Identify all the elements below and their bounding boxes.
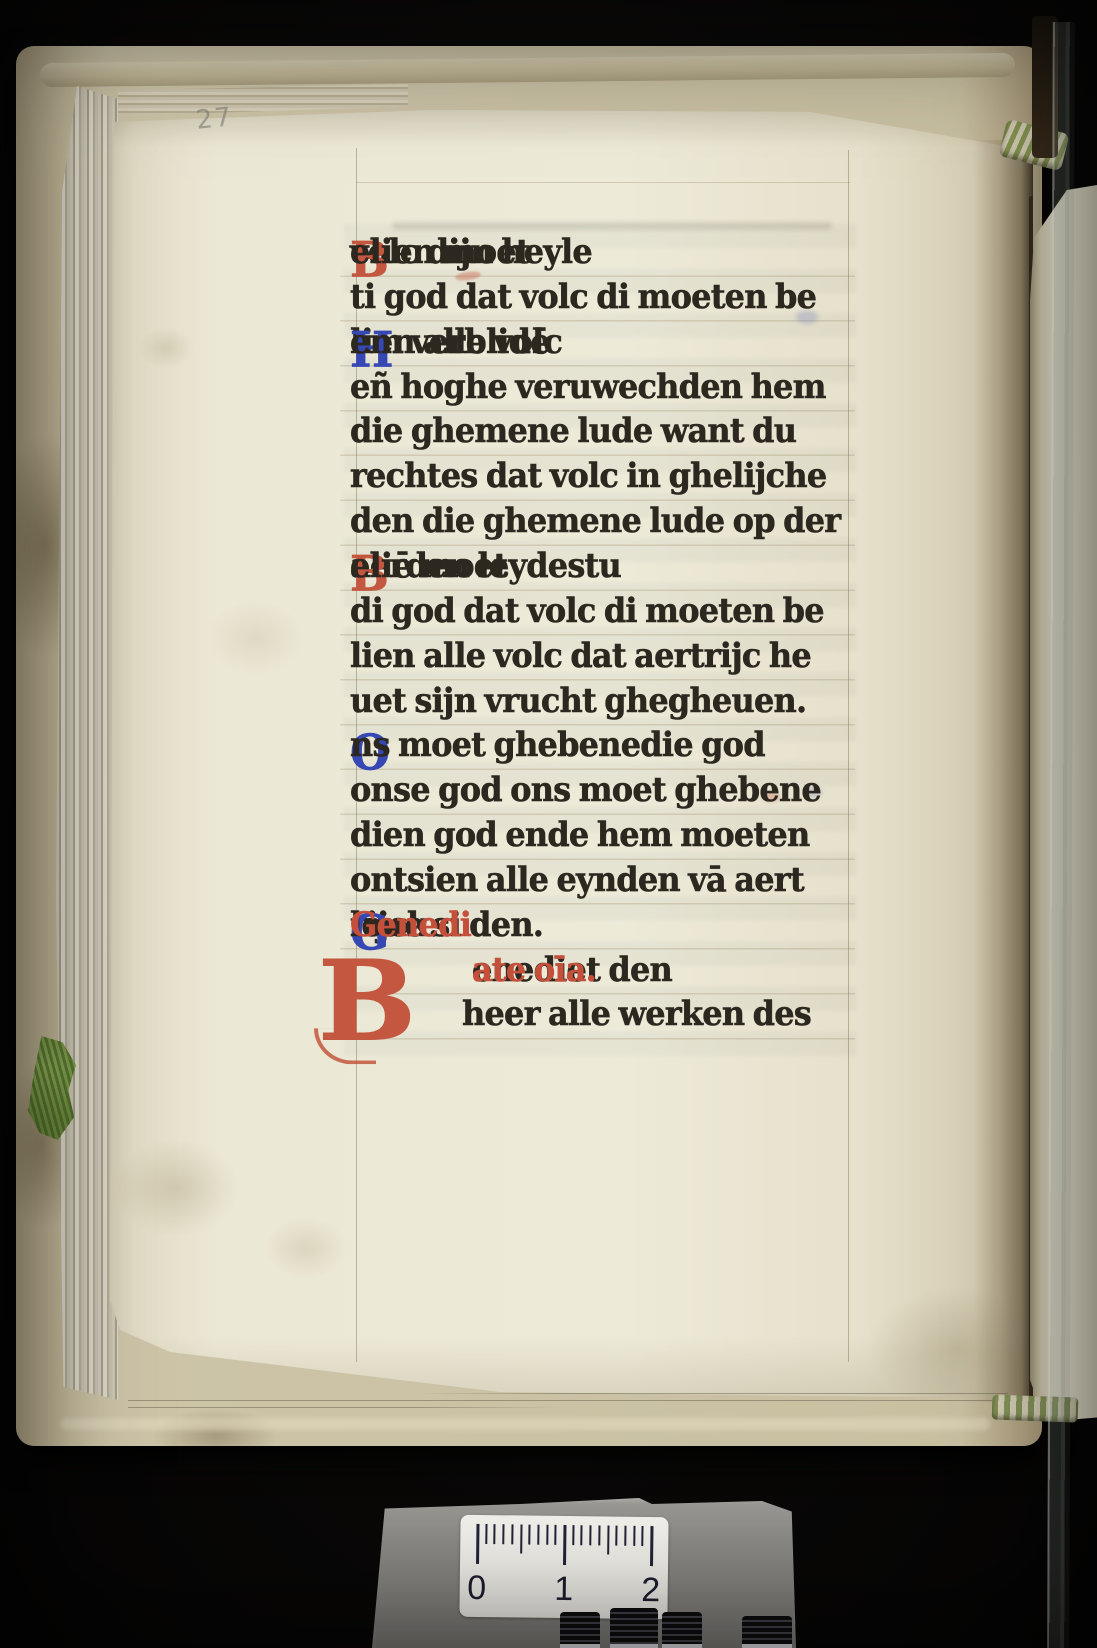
text-segment: ti god dat volc di moeten be	[350, 276, 816, 316]
ruler-tick-minor	[572, 1525, 574, 1545]
text-segment: den die ghemene lude op der	[350, 500, 840, 540]
ruler-tick-minor	[511, 1524, 513, 1544]
ruler-tick-minor	[494, 1524, 496, 1544]
metal-clamp	[610, 1608, 658, 1648]
text-segment: rechtes dat volc in ghelijche	[350, 455, 826, 495]
ruler-sticker: 0 1 2	[459, 1515, 668, 1620]
text-segment: uet sijn vrucht ghegheuen.	[350, 680, 806, 720]
text-segment: eñ hoghe veruwechden hem	[350, 366, 826, 406]
rubric-segment: Genedi	[350, 904, 471, 944]
ruler-tick-medium	[520, 1524, 522, 1553]
ruler-tick-minor	[589, 1525, 591, 1545]
page-block-fore-edge	[56, 86, 118, 1400]
text-segment: di god dat volc di moeten be	[350, 590, 824, 630]
ruler-tick-major	[650, 1526, 653, 1566]
ruler-tick-minor	[537, 1525, 539, 1545]
ruler-tick-minor	[555, 1525, 557, 1545]
ruler-label-1: 1	[549, 1570, 577, 1609]
ruler-tick-major	[563, 1525, 566, 1565]
text-segment: ns moet ghebenedie god	[350, 724, 765, 764]
ruler-tick-medium	[607, 1526, 609, 1555]
ruler-label-0: 0	[462, 1569, 490, 1608]
text-segment: onse god ons moet ghebene	[350, 769, 821, 809]
ruler-tick-minor	[528, 1525, 530, 1545]
ruler-tick-minor	[546, 1525, 548, 1545]
ruler-label-2: 2	[636, 1571, 664, 1610]
manuscript-photo-stage: 27 B volc dijn heyle Belien moetti god d…	[0, 0, 1097, 1648]
ruler-tick-minor	[624, 1526, 626, 1546]
metal-clamp	[560, 1612, 600, 1648]
ruler-ticks	[460, 1515, 669, 1568]
rubric-segment: ate oīa.	[472, 949, 596, 989]
cover-bottom-highlight	[60, 1418, 990, 1430]
metal-clamp	[662, 1612, 702, 1648]
ruler-tick-minor	[581, 1525, 583, 1545]
ruler-tick-major	[476, 1524, 479, 1564]
smudge-mark	[392, 222, 832, 230]
ruler-tick-minor	[502, 1524, 504, 1544]
text-segment: heer alle werken des	[462, 993, 811, 1033]
text-segment: dien god ende hem moeten	[350, 814, 809, 854]
text-segment: em verblidē	[350, 321, 550, 361]
text-segment: ontsien alle eynden vā aert	[350, 859, 804, 899]
ruler-tick-minor	[633, 1526, 635, 1546]
gutter-shadow	[975, 140, 1033, 1402]
ruler-tick-minor	[615, 1526, 617, 1546]
pencil-folio-number: 27	[195, 102, 235, 136]
text-segment: elien moet	[350, 231, 530, 271]
text-segment: die ghemene lude want du	[350, 410, 796, 450]
text-segment: eliē moet	[350, 545, 507, 585]
ruler-tick-minor	[642, 1526, 644, 1546]
text-block: B volc dijn heyle Belien moetti god dat …	[350, 231, 855, 1071]
text-segment: lien alle volc dat aertrijc he	[350, 635, 811, 675]
metal-clamp	[742, 1616, 792, 1648]
ruling-line-horizontal-top	[356, 182, 850, 183]
ruler-tick-minor	[485, 1524, 487, 1544]
ruler-tick-minor	[598, 1525, 600, 1545]
